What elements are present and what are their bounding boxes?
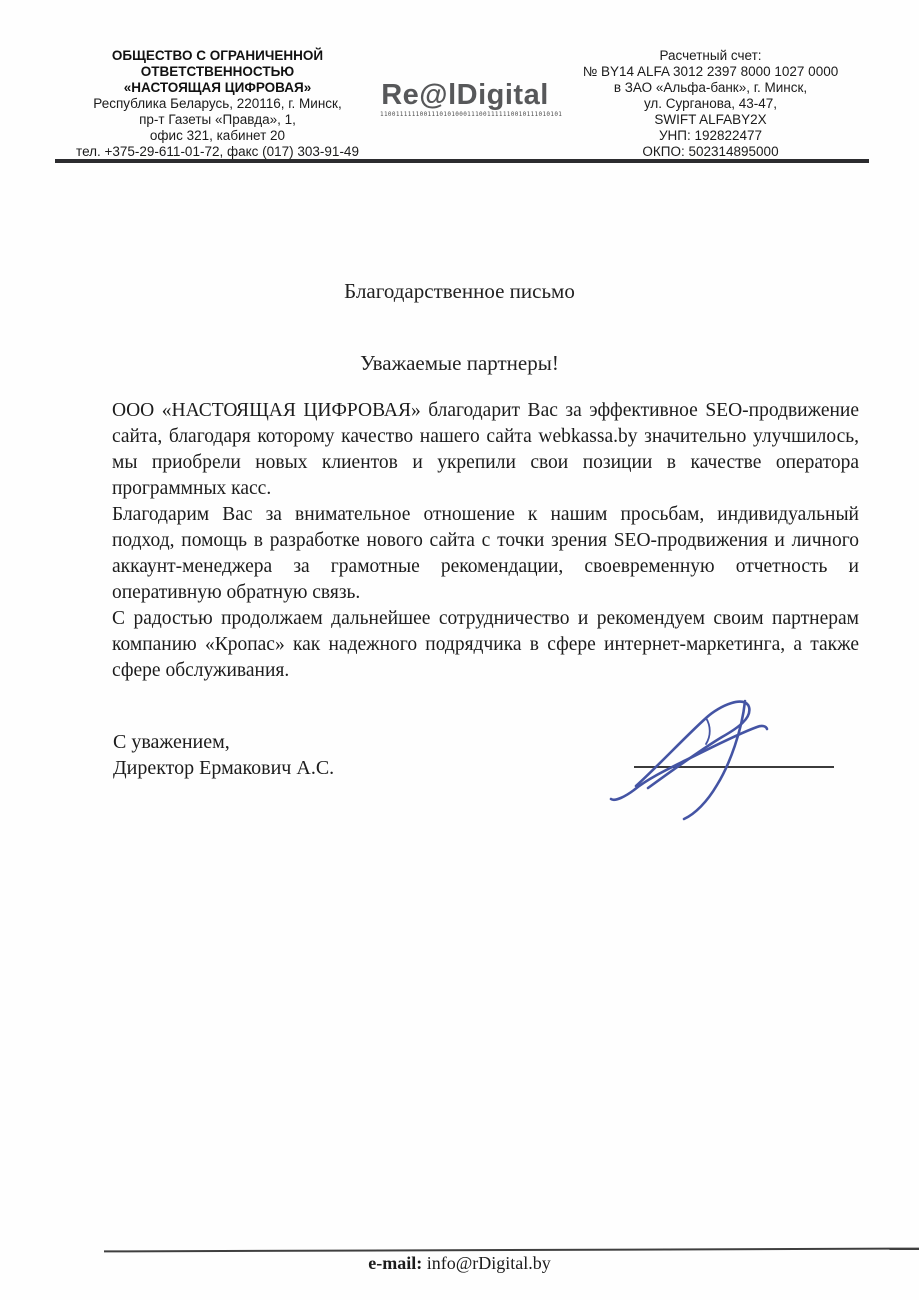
bank-swift: SWIFT ALFABY2X (550, 112, 871, 128)
company-name-line: «НАСТОЯЩАЯ ЦИФРОВАЯ» (55, 80, 380, 96)
header-divider-rule (55, 159, 869, 163)
company-block: ОБЩЕСТВО С ОГРАНИЧЕННОЙ ОТВЕТСТВЕННОСТЬЮ… (55, 48, 380, 160)
bank-okpo: ОКПО: 502314895000 (550, 144, 871, 160)
closing-block: С уважением, Директор Ермакович А.С. (113, 729, 334, 781)
signature-stroke (636, 702, 749, 788)
bank-line: Расчетный счет: (550, 48, 871, 64)
body-paragraph: С радостью продолжаем дальнейшее сотрудн… (112, 606, 859, 684)
letter-page: ОБЩЕСТВО С ОГРАНИЧЕННОЙ ОТВЕТСТВЕННОСТЬЮ… (0, 0, 919, 1300)
closing-signatory: Директор Ермакович А.С. (113, 755, 334, 781)
salutation: Уважаемые партнеры! (0, 351, 919, 376)
bank-unp: УНП: 192822477 (550, 128, 871, 144)
body-paragraph: Благодарим Вас за внимательное отношение… (112, 502, 859, 606)
signature-stroke (611, 726, 767, 800)
letter-body: ООО «НАСТОЯЩАЯ ЦИФРОВАЯ» благодарит Вас … (112, 398, 859, 684)
email-label: e-mail: (368, 1253, 422, 1273)
footer-rule (104, 1248, 919, 1253)
company-logo: Re@lDigital (380, 82, 550, 109)
closing-regards: С уважением, (113, 729, 334, 755)
company-name-line: ОБЩЕСТВО С ОГРАНИЧЕННОЙ (55, 48, 380, 64)
signature-stroke (706, 718, 710, 744)
signature-stroke (684, 701, 745, 819)
email-value: info@rDigital.by (427, 1253, 551, 1273)
bank-account-number: № BY14 ALFA 3012 2397 8000 1027 0000 (550, 64, 871, 80)
footer-email: e-mail: info@rDigital.by (0, 1253, 919, 1274)
logo-binary-strip: 1100111111001110101000111001111110010111… (380, 111, 550, 118)
company-address-line: Республика Беларусь, 220116, г. Минск, (55, 96, 380, 112)
company-name-line: ОТВЕТСТВЕННОСТЬЮ (55, 64, 380, 80)
signature-image (598, 678, 878, 823)
company-phone-line: тел. +375-29-611-01-72, факс (017) 303-9… (55, 144, 380, 160)
logo-block: Re@lDigital 1100111111001110101000111001… (380, 48, 550, 160)
letter-title: Благодарственное письмо (0, 279, 919, 304)
letterhead: ОБЩЕСТВО С ОГРАНИЧЕННОЙ ОТВЕТСТВЕННОСТЬЮ… (55, 48, 871, 160)
company-address-line: пр-т Газеты «Правда», 1, (55, 112, 380, 128)
company-address-line: офис 321, кабинет 20 (55, 128, 380, 144)
bank-line: ул. Сурганова, 43-47, (550, 96, 871, 112)
bank-line: в ЗАО «Альфа-банк», г. Минск, (550, 80, 871, 96)
body-paragraph: ООО «НАСТОЯЩАЯ ЦИФРОВАЯ» благодарит Вас … (112, 398, 859, 502)
bank-details-block: Расчетный счет: № BY14 ALFA 3012 2397 80… (550, 48, 871, 160)
